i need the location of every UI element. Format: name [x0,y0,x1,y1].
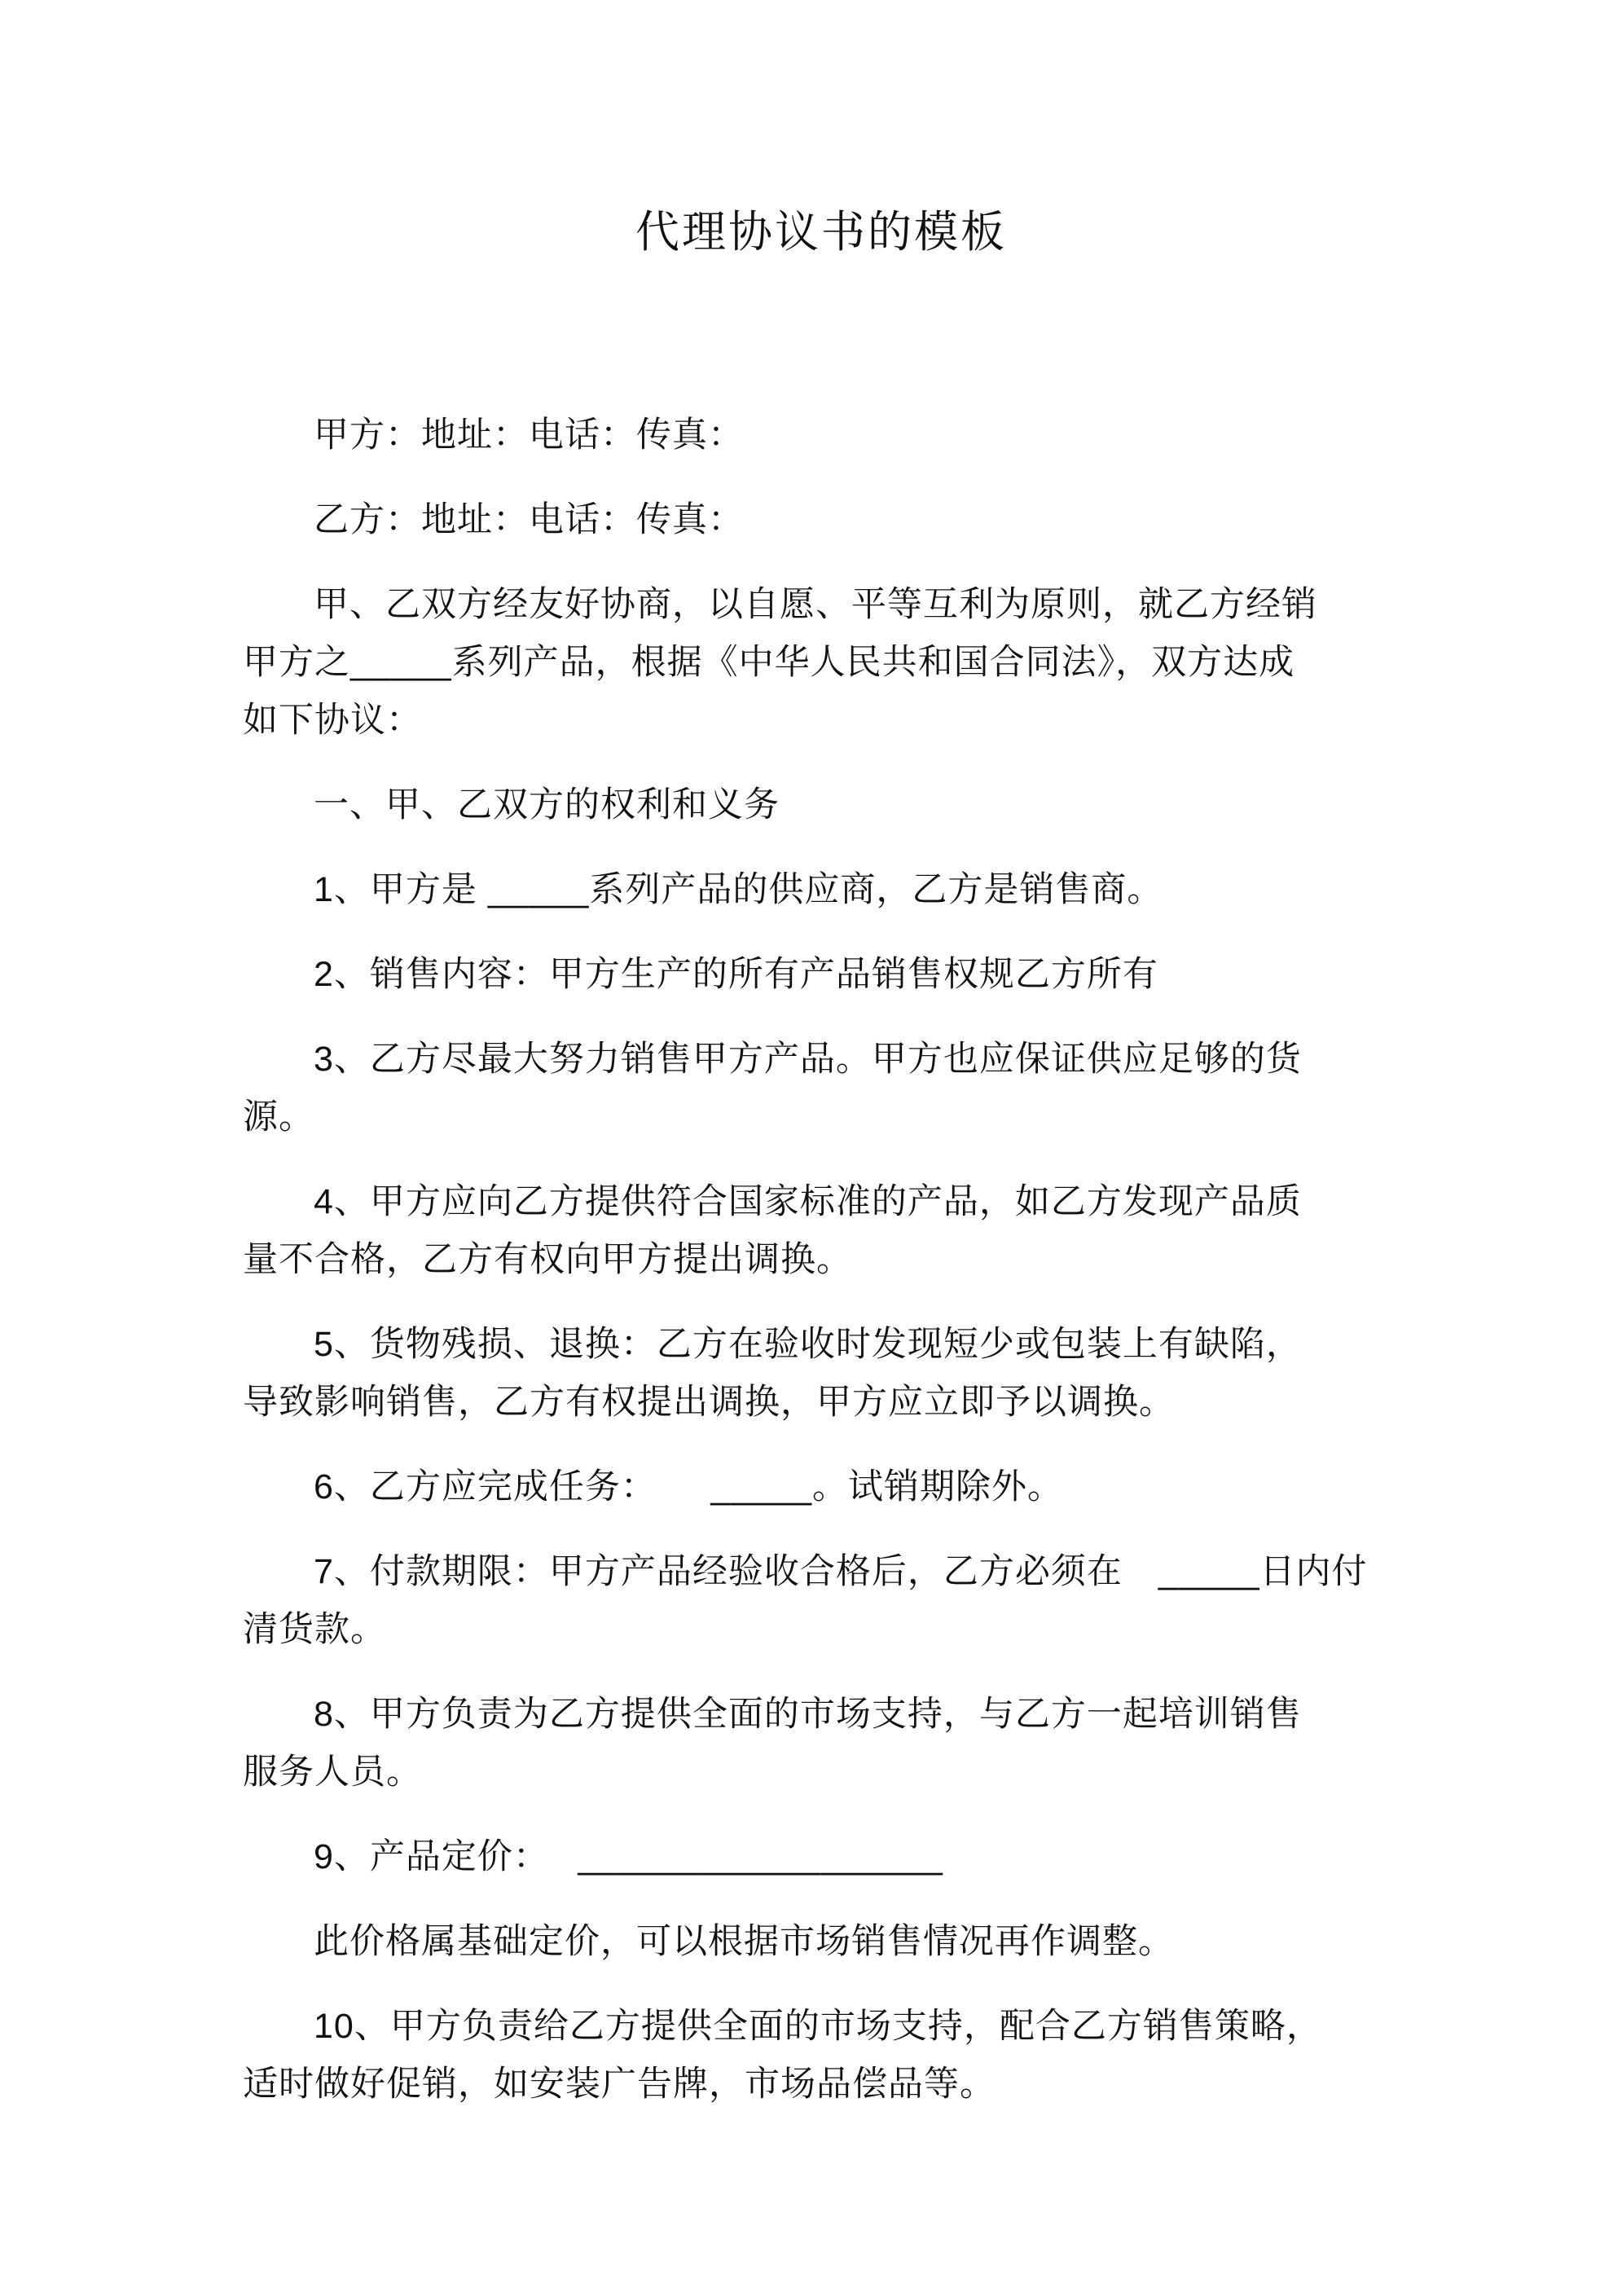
paragraph: 3、乙方尽最大努力销售甲方产品。甲方也应保证供应足够的货源。 [243,1031,1400,1146]
paragraph-line: 此价格属基础定价，可以根据市场销售情况再作调整。 [243,1913,1400,1971]
paragraph: 5、货物残损、退换：乙方在验收时发现短少或包装上有缺陷，导致影响销售，乙方有权提… [243,1316,1400,1432]
paragraph-line: 适时做好促销，如安装广告牌，市场品偿品等。 [243,2056,1400,2113]
paragraph-line: 1、甲方是 _____系列产品的供应商，乙方是销售商。 [243,861,1400,919]
paragraph: 8、甲方负责为乙方提供全面的市场支持，与乙方一起培训销售服务人员。 [243,1686,1400,1801]
paragraph-line: 2、销售内容：甲方生产的所有产品销售权规乙方所有 [243,946,1400,1004]
paragraph-line: 6、乙方应完成任务： _____。试销期除外。 [243,1458,1400,1516]
paragraph: 4、甲方应向乙方提供符合国家标准的产品，如乙方发现产品质量不合格，乙方有权向甲方… [243,1173,1400,1289]
paragraph-line: 甲方之_____系列产品，根据《中华人民共和国合同法》，双方达成 [243,634,1400,692]
paragraph: 10、甲方负责给乙方提供全面的市场支持，配合乙方销售策略，适时做好促销，如安装广… [243,1998,1400,2113]
paragraph-line: 4、甲方应向乙方提供符合国家标准的产品，如乙方发现产品质 [243,1173,1400,1231]
paragraph-line: 10、甲方负责给乙方提供全面的市场支持，配合乙方销售策略， [243,1998,1400,2056]
document-page: 代理协议书的模板 甲方：地址：电话：传真：乙方：地址：电话：传真：甲、乙双方经友… [0,0,1622,2296]
paragraph: 6、乙方应完成任务： _____。试销期除外。 [243,1458,1400,1516]
paragraph-line: 清货款。 [243,1601,1400,1659]
paragraph-line: 7、付款期限：甲方产品经验收合格后，乙方必须在 _____日内付 [243,1543,1400,1601]
document-title: 代理协议书的模板 [243,198,1400,266]
paragraph: 乙方：地址：电话：传真： [243,491,1400,549]
paragraph-line: 甲、乙双方经友好协商，以自愿、平等互利为原则，就乙方经销 [243,576,1400,634]
paragraph: 2、销售内容：甲方生产的所有产品销售权规乙方所有 [243,946,1400,1004]
paragraph: 此价格属基础定价，可以根据市场销售情况再作调整。 [243,1913,1400,1971]
document-paragraphs: 甲方：地址：电话：传真：乙方：地址：电话：传真：甲、乙双方经友好协商，以自愿、平… [243,407,1400,2113]
paragraph-line: 量不合格，乙方有权向甲方提出调换。 [243,1231,1400,1289]
paragraph-line: 5、货物残损、退换：乙方在验收时发现短少或包装上有缺陷， [243,1316,1400,1374]
paragraph-line: 导致影响销售，乙方有权提出调换，甲方应立即予以调换。 [243,1374,1400,1432]
paragraph-line: 如下协议： [243,692,1400,750]
paragraph-line: 一、甲、乙双方的权利和义务 [243,776,1400,834]
paragraph-line: 源。 [243,1089,1400,1146]
document-content: 代理协议书的模板 甲方：地址：电话：传真：乙方：地址：电话：传真：甲、乙双方经友… [243,0,1400,2140]
paragraph-line: 甲方：地址：电话：传真： [243,407,1400,464]
paragraph: 甲、乙双方经友好协商，以自愿、平等互利为原则，就乙方经销甲方之_____系列产品… [243,576,1400,750]
paragraph-line: 8、甲方负责为乙方提供全面的市场支持，与乙方一起培训销售 [243,1686,1400,1744]
paragraph-line: 3、乙方尽最大努力销售甲方产品。甲方也应保证供应足够的货 [243,1031,1400,1089]
paragraph: 甲方：地址：电话：传真： [243,407,1400,464]
paragraph: 7、付款期限：甲方产品经验收合格后，乙方必须在 _____日内付清货款。 [243,1543,1400,1659]
paragraph: 1、甲方是 _____系列产品的供应商，乙方是销售商。 [243,861,1400,919]
paragraph: 9、产品定价： __________________ [243,1828,1400,1886]
paragraph-line: 服务人员。 [243,1744,1400,1801]
paragraph: 一、甲、乙双方的权利和义务 [243,776,1400,834]
paragraph-line: 乙方：地址：电话：传真： [243,491,1400,549]
paragraph-line: 9、产品定价： __________________ [243,1828,1400,1886]
